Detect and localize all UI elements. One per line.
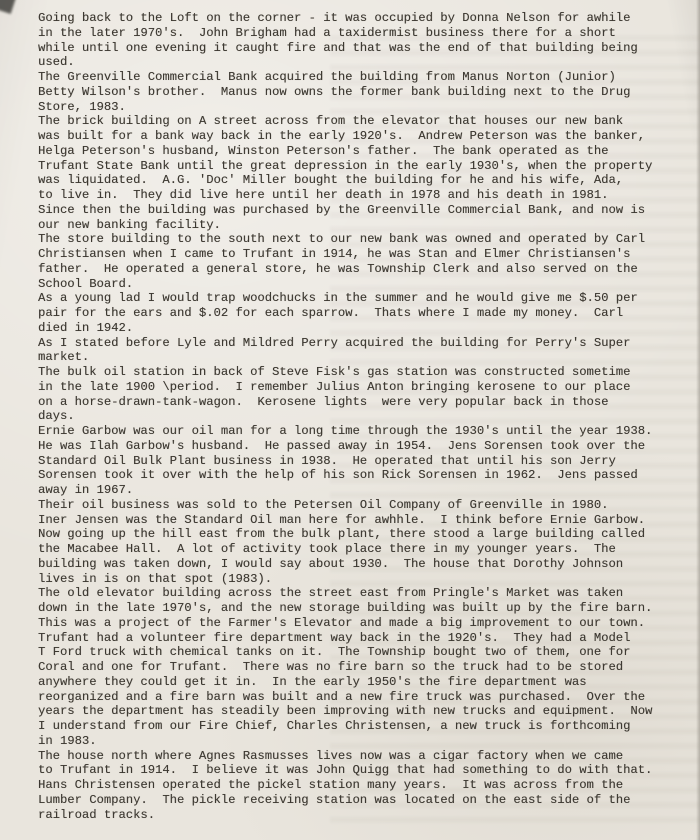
text-line: Christiansen when I came to Trufant in 1… <box>38 247 672 262</box>
text-line: used. <box>38 55 672 70</box>
text-line: father. He operated a general store, he … <box>38 262 672 277</box>
text-line: in 1983. <box>38 734 672 749</box>
text-line: lives in is on that spot (1983). <box>38 572 672 587</box>
text-line: Their oil business was sold to the Peter… <box>38 498 672 513</box>
text-line: Sorensen took it over with the help of h… <box>38 468 672 483</box>
text-line: School Board. <box>38 277 672 292</box>
text-line: days. <box>38 409 672 424</box>
text-line: our new banking facility. <box>38 218 672 233</box>
text-line: Trufant had a volunteer fire department … <box>38 631 672 646</box>
text-line: Hans Christensen operated the pickel sta… <box>38 778 672 793</box>
text-line: was liquidated. A.G. 'Doc' Miller bought… <box>38 173 672 188</box>
text-line: As I stated before Lyle and Mildred Perr… <box>38 336 672 351</box>
text-line: Store, 1983. <box>38 100 672 115</box>
text-line: years the department has steadily been i… <box>38 704 672 719</box>
text-line: Standard Oil Bulk Plant business in 1938… <box>38 454 672 469</box>
text-line: railroad tracks. <box>38 808 672 823</box>
text-line: building was taken down, I would say abo… <box>38 557 672 572</box>
text-line: the Macabee Hall. A lot of activity took… <box>38 542 672 557</box>
text-line: to live in. They did live here until her… <box>38 188 672 203</box>
text-line: This was a project of the Farmer's Eleva… <box>38 616 672 631</box>
text-line: Helga Peterson's husband, Winston Peters… <box>38 144 672 159</box>
text-line: Coral and one for Trufant. There was no … <box>38 660 672 675</box>
text-line: on a horse-drawn-tank-wagon. Kerosene li… <box>38 395 672 410</box>
text-line: The house north where Agnes Rasmusses li… <box>38 749 672 764</box>
text-line: was built for a bank way back in the ear… <box>38 129 672 144</box>
scanned-document-page: Going back to the Loft on the corner - i… <box>0 0 700 840</box>
text-line: The old elevator building across the str… <box>38 586 672 601</box>
text-line: in the later 1970's. John Brigham had a … <box>38 26 672 41</box>
text-line: reorganized and a fire barn was built an… <box>38 690 672 705</box>
text-line: Iner Jensen was the Standard Oil man her… <box>38 513 672 528</box>
text-line: pair for the ears and $.02 for each spar… <box>38 306 672 321</box>
text-line: Betty Wilson's brother. Manus now owns t… <box>38 85 672 100</box>
text-line: Ernie Garbow was our oil man for a long … <box>38 424 672 439</box>
text-line: to Trufant in 1914. I believe it was Joh… <box>38 763 672 778</box>
text-line: Lumber Company. The pickle receiving sta… <box>38 793 672 808</box>
text-line: died in 1942. <box>38 321 672 336</box>
text-line: I understand from our Fire Chief, Charle… <box>38 719 672 734</box>
text-line: He was Ilah Garbow's husband. He passed … <box>38 439 672 454</box>
text-line: As a young lad I would trap woodchucks i… <box>38 291 672 306</box>
text-line: Trufant State Bank until the great depre… <box>38 159 672 174</box>
text-line: market. <box>38 350 672 365</box>
text-line: The Greenville Commercial Bank acquired … <box>38 70 672 85</box>
text-line: anywhere they could get it in. In the ea… <box>38 675 672 690</box>
text-line: Since then the building was purchased by… <box>38 203 672 218</box>
text-line: away in 1967. <box>38 483 672 498</box>
text-line: Now going up the hill east from the bulk… <box>38 527 672 542</box>
text-line: in the late 1900 \period. I remember Jul… <box>38 380 672 395</box>
text-line: down in the late 1970's, and the new sto… <box>38 601 672 616</box>
text-line: The store building to the south next to … <box>38 232 672 247</box>
text-line: Going back to the Loft on the corner - i… <box>38 11 672 26</box>
text-line: T Ford truck with chemical tanks on it. … <box>38 645 672 660</box>
text-line: while until one evening it caught fire a… <box>38 41 672 56</box>
text-line: The brick building on A street across fr… <box>38 114 672 129</box>
text-line: The bulk oil station in back of Steve Fi… <box>38 365 672 380</box>
typewritten-text-block: Going back to the Loft on the corner - i… <box>0 0 700 822</box>
